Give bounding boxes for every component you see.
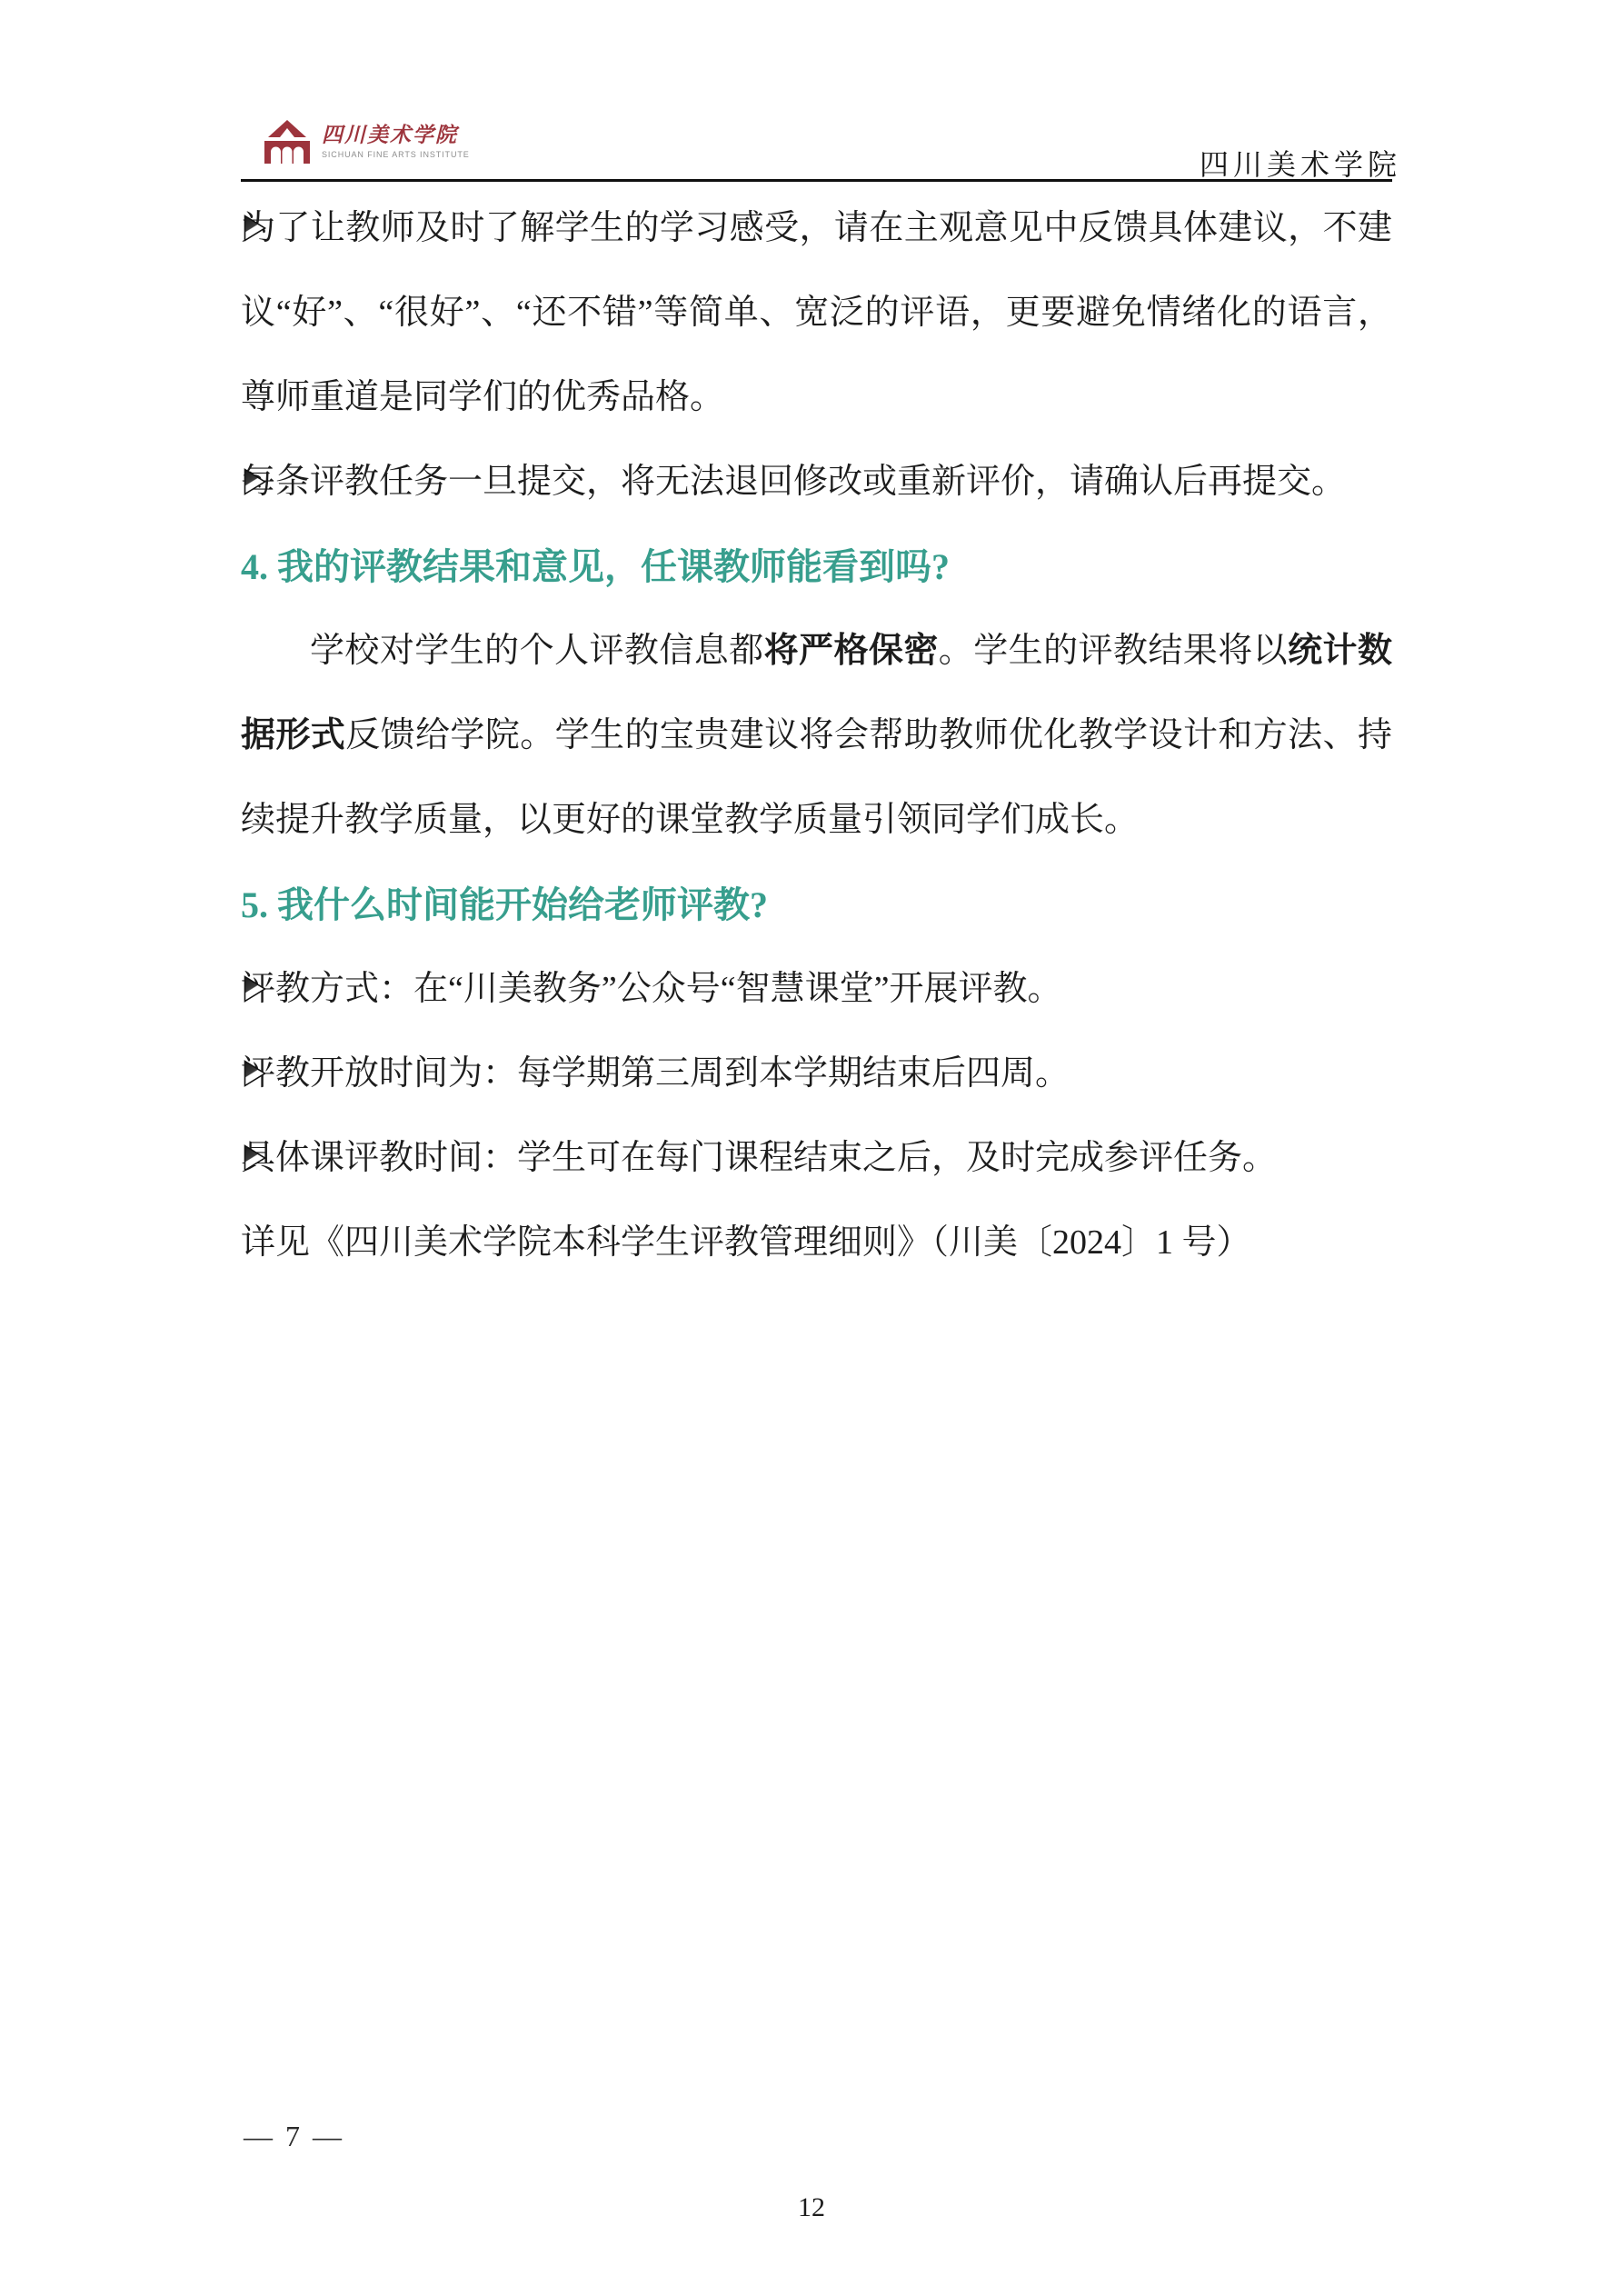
header-institute-title: 四川美术学院: [1200, 142, 1401, 184]
section-heading-4: 4. 我的评教结果和意见，任课教师能看到吗?: [241, 524, 1392, 609]
arrow-bullet-icon: [244, 1060, 266, 1087]
section-page-label: — 7 —: [244, 2120, 344, 2153]
bullet-item-course-time: 具体课评教时间：学生可在每门课程结束之后，及时完成参评任务。: [241, 1116, 1392, 1201]
bullet-item-no-resubmit: 每条评教任务一旦提交，将无法退回修改或重新评价，请确认后再提交。: [241, 440, 1392, 524]
institute-logo: 四川美术学院 SICHUAN FINE ARTS INSTITUTE: [264, 120, 470, 164]
bullet-text: 具体课评教时间：学生可在每门课程结束之后，及时完成参评任务。: [241, 1139, 1277, 1177]
bullet-item-eval-method: 评教方式：在“川美教务”公众号“智慧课堂”开展评教。: [241, 947, 1392, 1032]
arrow-bullet-icon: [244, 215, 266, 242]
logo-english-name: SICHUAN FINE ARTS INSTITUTE: [322, 150, 470, 159]
para-segment-bold-confidential: 将严格保密: [764, 632, 939, 670]
arrow-bullet-icon: [244, 468, 266, 495]
reference-note: 详见《四川美术学院本科学生评教管理细则》（川美〔2024〕1 号）: [241, 1201, 1392, 1285]
bullet-text: 评教方式：在“川美教务”公众号“智慧课堂”开展评教。: [241, 970, 1061, 1008]
bullet-item-open-period: 评教开放时间为：每学期第三周到本学期结束后四周。: [241, 1032, 1392, 1116]
para-segment: 反馈给学院。学生的宝贵建议将会帮助教师优化教学设计和方法、持续提升教学质量，以更…: [241, 716, 1392, 839]
bullet-text: 每条评教任务一旦提交，将无法退回修改或重新评价，请确认后再提交。: [241, 463, 1346, 501]
page-number: 12: [0, 2192, 1623, 2223]
document-page: 四川美术学院 SICHUAN FINE ARTS INSTITUTE 四川美术学…: [0, 0, 1623, 2296]
arrow-bullet-icon: [244, 975, 266, 1003]
para-segment: 。学生的评教结果将以: [939, 632, 1288, 670]
para-segment: 学校对学生的个人评教信息都: [310, 632, 764, 670]
document-body: 为了让教师及时了解学生的学习感受，请在主观意见中反馈具体建议，不建议“好”、“很…: [241, 186, 1392, 1285]
logo-text-block: 四川美术学院 SICHUAN FINE ARTS INSTITUTE: [322, 120, 470, 159]
logo-chinese-name: 四川美术学院: [322, 124, 470, 146]
section-heading-5: 5. 我什么时间能开始给老师评教?: [241, 863, 1392, 947]
arrow-bullet-icon: [244, 1144, 266, 1172]
bullet-item-feedback-advice: 为了让教师及时了解学生的学习感受，请在主观意见中反馈具体建议，不建议“好”、“很…: [241, 186, 1392, 440]
institute-gate-icon: [264, 120, 310, 164]
bullet-text: 评教开放时间为：每学期第三周到本学期结束后四周。: [241, 1054, 1070, 1093]
bullet-text: 为了让教师及时了解学生的学习感受，请在主观意见中反馈具体建议，不建议“好”、“很…: [241, 209, 1392, 416]
confidentiality-paragraph: 学校对学生的个人评教信息都将严格保密。学生的评教结果将以统计数据形式反馈给学院。…: [241, 609, 1392, 863]
header-rule: [241, 179, 1392, 182]
